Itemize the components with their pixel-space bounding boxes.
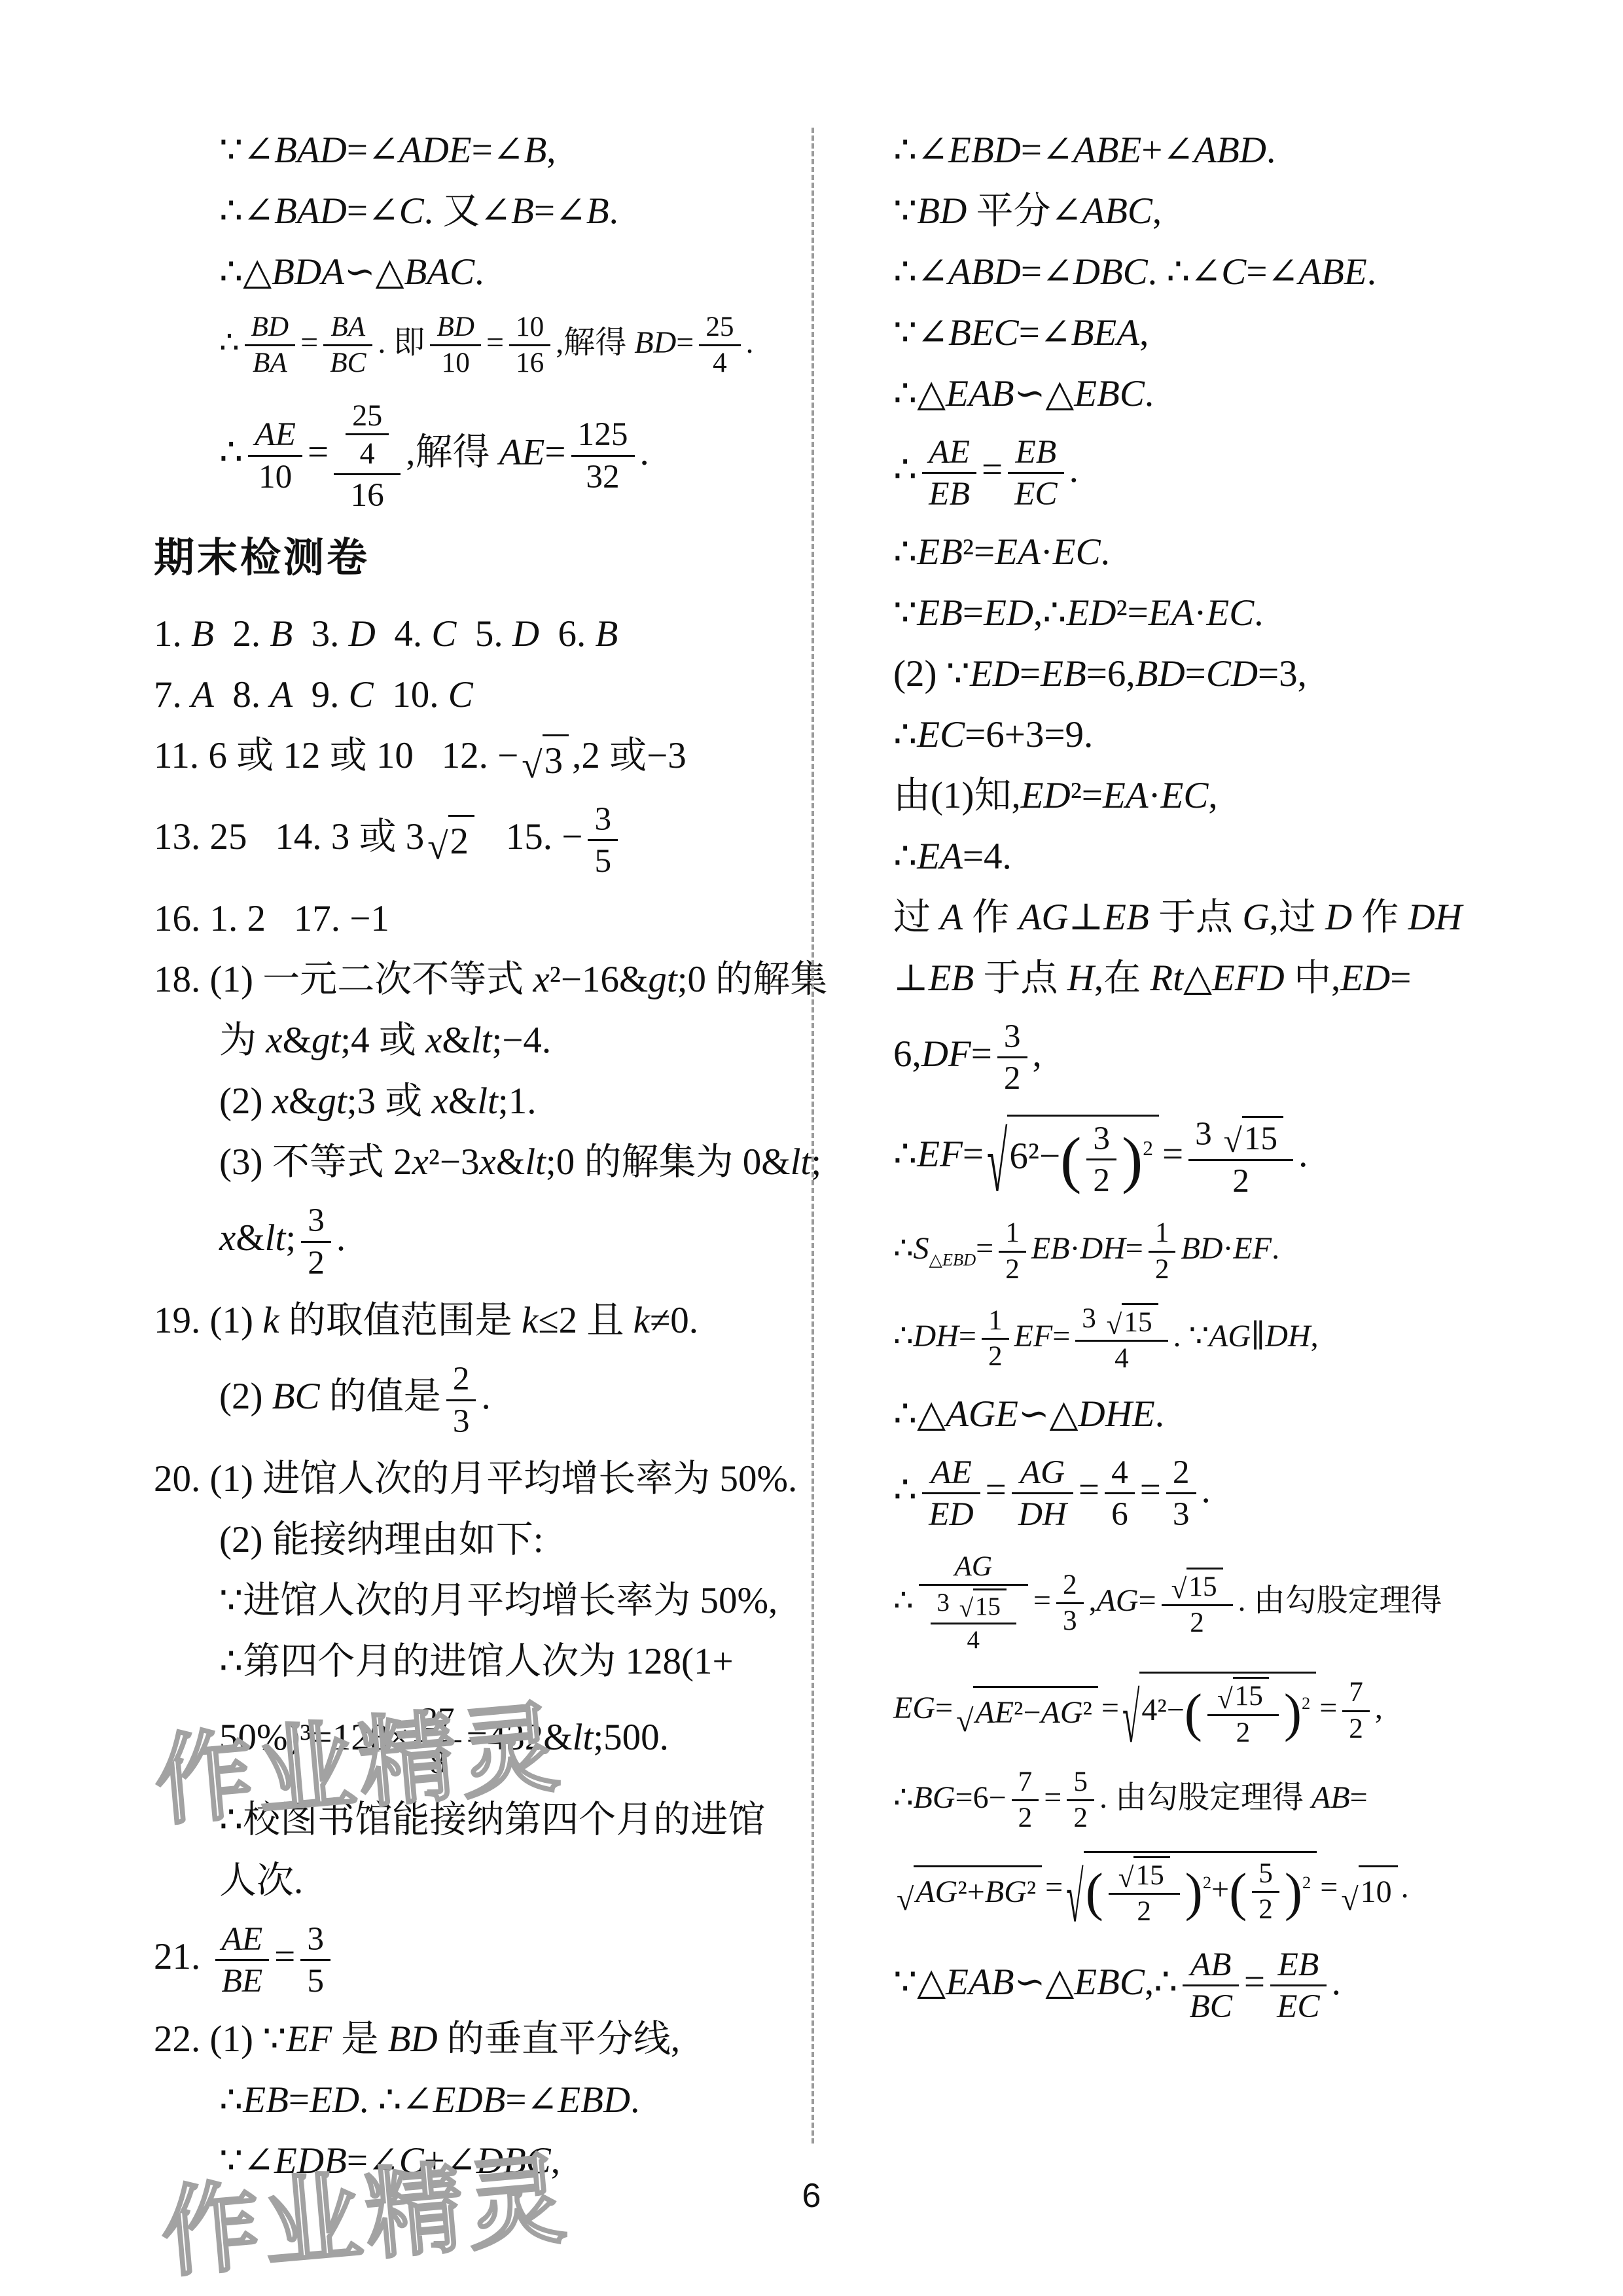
fraction: 72 bbox=[1012, 1765, 1039, 1836]
fraction: 12 bbox=[999, 1216, 1026, 1287]
math-line: ∴AG3 √154=23,AG=√152. 由勾股定理得 bbox=[893, 1550, 1548, 1657]
math-line: ∴DH=12EF=3 √154. ∵AG∥DH, bbox=[893, 1302, 1548, 1376]
square-root: √15 bbox=[1107, 1303, 1158, 1338]
fraction: EBEC bbox=[1008, 432, 1064, 514]
math-line: ∵EB=ED,∴ED²=EA·EC. bbox=[893, 590, 1548, 636]
math-line: 人次. bbox=[219, 1858, 798, 1904]
column-divider bbox=[811, 128, 814, 2144]
right-column: ∴∠EBD=∠ABE+∠ABD.∵BD 平分∠ABC,∴∠ABD=∠DBC. ∴… bbox=[893, 128, 1548, 2041]
math-line: ∴EB=ED. ∴∠EDB=∠EBD. bbox=[219, 2077, 798, 2123]
fraction: 32 bbox=[301, 1200, 331, 1283]
math-line: 13. 25 14. 3 或 3√2 15. −35 bbox=[154, 799, 798, 882]
fraction: 35 bbox=[300, 1919, 330, 2001]
math-line: 6,DF=32, bbox=[893, 1016, 1548, 1099]
math-line: 11. 6 或 12 或 10 12. −√3,2 或−3 bbox=[154, 733, 798, 784]
math-line: ⊥EB 于点 H,在 Rt△EFD 中,ED= bbox=[893, 956, 1548, 1001]
math-line: ∴AE10=25416,解得 AE=12532. bbox=[219, 396, 798, 516]
square-root: √4²−(√152)2 bbox=[1122, 1672, 1316, 1750]
square-root: √3 bbox=[522, 734, 569, 784]
math-line: √AG²+BG²=√(√152)2+(52)2=√10. bbox=[893, 1851, 1548, 1929]
math-line: ∴EA=4. bbox=[893, 834, 1548, 880]
fraction: √152 bbox=[1109, 1855, 1180, 1929]
fraction: 32 bbox=[997, 1016, 1027, 1099]
page-number: 6 bbox=[0, 2176, 1623, 2215]
fraction: AG3 √154 bbox=[919, 1550, 1028, 1657]
square-root: √15 bbox=[959, 1588, 1007, 1621]
math-line: x&lt;32. bbox=[219, 1200, 798, 1283]
fraction: BDBA bbox=[245, 310, 296, 381]
math-line: 22. (1) ∵EF 是 BD 的垂直平分线, bbox=[154, 2017, 798, 2062]
math-line: ∴AEEB=EBEC. bbox=[893, 432, 1548, 514]
math-line: ∴EF=√6²−(32)2=3 √152. bbox=[893, 1114, 1548, 1201]
math-line: ∴S△EBD=12EB·DH=12BD·EF. bbox=[893, 1216, 1548, 1287]
fraction: 1016 bbox=[509, 310, 550, 381]
square-root: √(√152)2+(52)2 bbox=[1066, 1851, 1317, 1929]
fraction: 254 bbox=[346, 397, 389, 472]
fraction: √152 bbox=[1207, 1676, 1279, 1750]
math-line: ∵△EAB∽△EBC,∴ABBC=EBEC. bbox=[893, 1945, 1548, 2027]
math-line: ∴∠BAD=∠C. 又∠B=∠B. bbox=[219, 188, 798, 234]
math-line: ∴△AGE∽△DHE. bbox=[893, 1391, 1548, 1437]
fraction: AE10 bbox=[248, 414, 302, 497]
math-line: 20. (1) 进馆人次的月平均增长率为 50%. bbox=[154, 1456, 798, 1502]
square-root: √AE²−AG² bbox=[956, 1686, 1098, 1736]
fraction: BABC bbox=[323, 310, 372, 381]
math-line: (2) ∵ED=EB=6,BD=CD=3, bbox=[893, 651, 1548, 697]
square-root: √15 bbox=[1171, 1568, 1223, 1603]
math-line: ∵∠BAD=∠ADE=∠B, bbox=[219, 128, 798, 173]
math-line: ∴∠EBD=∠ABE+∠ABD. bbox=[893, 128, 1548, 173]
fraction: EBEC bbox=[1270, 1945, 1327, 2027]
fraction: 32 bbox=[1086, 1119, 1116, 1201]
math-line: ∴△EAB∽△EBC. bbox=[893, 371, 1548, 417]
fraction: 52 bbox=[1067, 1765, 1094, 1836]
math-line: 18. (1) 一元二次不等式 x²−16&gt;0 的解集 bbox=[154, 957, 798, 1003]
fraction: 25416 bbox=[334, 396, 401, 516]
math-line: ∴△BDA∽△BAC. bbox=[219, 249, 798, 295]
fraction: 23 bbox=[446, 1359, 476, 1441]
fraction: AGDH bbox=[1012, 1452, 1073, 1535]
math-line: 16. 1. 2 17. −1 bbox=[154, 896, 798, 942]
fraction: BD10 bbox=[430, 310, 481, 381]
math-line: ∵∠BEC=∠BEA, bbox=[893, 310, 1548, 356]
math-line: ∵进馆人次的月平均增长率为 50%, bbox=[219, 1578, 798, 1624]
fraction: 12 bbox=[1149, 1216, 1176, 1287]
fraction: √152 bbox=[1162, 1566, 1233, 1641]
fraction: 46 bbox=[1105, 1452, 1135, 1535]
fraction: AEED bbox=[922, 1452, 980, 1535]
left-column: ∵∠BAD=∠ADE=∠B,∴∠BAD=∠C. 又∠B=∠B.∴△BDA∽△BA… bbox=[154, 128, 798, 2199]
math-line: 21. AEBE=35 bbox=[154, 1919, 798, 2001]
math-line: 为 x&gt;4 或 x&lt;−4. bbox=[219, 1018, 798, 1064]
math-line: ∴EB²=EA·EC. bbox=[893, 529, 1548, 575]
math-line: 7. A 8. A 9. C 10. C bbox=[154, 672, 798, 718]
math-line: 由(1)知,ED²=EA·EC, bbox=[893, 773, 1548, 819]
square-root: √AG²+BG² bbox=[897, 1865, 1042, 1915]
fraction: AEEB bbox=[922, 432, 976, 514]
fraction: AEBE bbox=[215, 1919, 270, 2001]
fraction: 72 bbox=[1342, 1676, 1370, 1746]
math-line: ∴∠ABD=∠DBC. ∴∠C=∠ABE. bbox=[893, 249, 1548, 295]
math-line: ∵BD 平分∠ABC, bbox=[893, 188, 1548, 234]
math-line: (2) BC 的值是23. bbox=[219, 1359, 798, 1441]
square-root: √15 bbox=[1224, 1116, 1283, 1157]
fraction: 12 bbox=[982, 1304, 1009, 1374]
square-root: √15 bbox=[1217, 1677, 1269, 1712]
fraction: 254 bbox=[699, 310, 740, 381]
math-line: 1. B 2. B 3. D 4. C 5. D 6. B bbox=[154, 611, 798, 657]
square-root: √6²−(32)2 bbox=[987, 1115, 1159, 1201]
math-line: EG=√AE²−AG²=√4²−(√152)2=72, bbox=[893, 1672, 1548, 1750]
math-line: ∴BDBA=BABC. 即BD10=1016,解得 BD=254. bbox=[219, 310, 798, 381]
math-line: ∴AEED=AGDH=46=23. bbox=[893, 1452, 1548, 1535]
square-root: √10 bbox=[1341, 1865, 1397, 1915]
math-line: 19. (1) k 的取值范围是 k≤2 且 k≠0. bbox=[154, 1298, 798, 1344]
fraction: 3 √154 bbox=[931, 1587, 1016, 1655]
math-line: (2) x&gt;3 或 x&lt;1. bbox=[219, 1079, 798, 1124]
fraction: 35 bbox=[588, 799, 618, 882]
math-line: (2) 能接纳理由如下: bbox=[219, 1517, 798, 1563]
square-root: √15 bbox=[1118, 1856, 1170, 1892]
fraction: 12532 bbox=[571, 414, 635, 497]
fraction: 52 bbox=[1252, 1857, 1279, 1928]
square-root: √2 bbox=[427, 815, 474, 865]
fraction: 23 bbox=[1056, 1568, 1084, 1639]
section-header: 期末检测卷 bbox=[154, 535, 798, 581]
math-line: ∴BG=6−72=52. 由勾股定理得 AB= bbox=[893, 1765, 1548, 1836]
answer-key-page: ∵∠BAD=∠ADE=∠B,∴∠BAD=∠C. 又∠B=∠B.∴△BDA∽△BA… bbox=[0, 0, 1623, 2296]
fraction: ABBC bbox=[1183, 1945, 1239, 2027]
math-line: (3) 不等式 2x²−3x&lt;0 的解集为 0&lt; bbox=[219, 1139, 798, 1185]
fraction: 3 √152 bbox=[1188, 1114, 1293, 1201]
math-line: 过 A 作 AG⊥EB 于点 G,过 D 作 DH bbox=[893, 895, 1548, 941]
math-line: ∴EC=6+3=9. bbox=[893, 712, 1548, 758]
fraction: 3 √154 bbox=[1075, 1302, 1168, 1376]
fraction: 23 bbox=[1166, 1452, 1196, 1535]
